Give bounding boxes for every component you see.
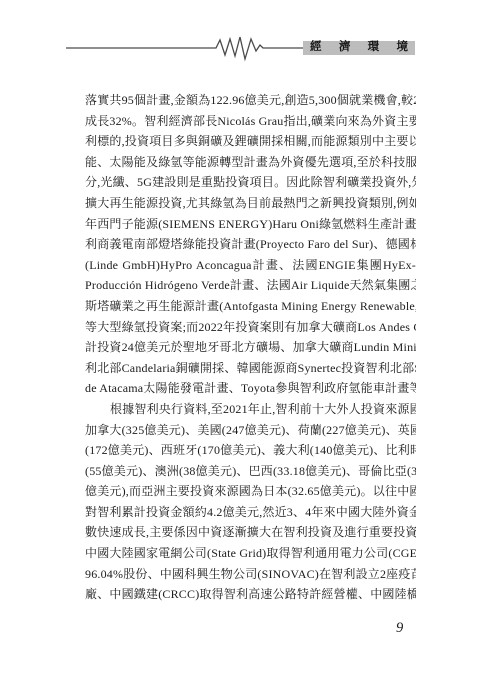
text-line: 利商義電南部燈塔綠能投資計畫(Proyecto Faro del Sur)、德國… (85, 234, 416, 255)
text-line: 96.04%股份、中國科興生物公司(SINOVAC)在智利設立2座疫苗生產 (85, 564, 416, 585)
text-line: 等大型綠氫投資案;而2022年投資案則有加拿大礦商Los Andes Coppe… (85, 317, 416, 338)
text-line: 利標的,投資項目多與銅礦及鋰礦開採相關,而能源類別中主要以風 (85, 131, 416, 152)
text-line: 利北部Candelaria銅礦開採、韓國能源商Synertec投資智利北部San… (85, 358, 416, 379)
text-line: Producción Hidrógeno Verde計畫、法國Air Liqui… (85, 275, 416, 296)
text-line: 對智利累計投資金額約4.2億美元,然近3、4年來中國大陸外資金額呈倍 (85, 502, 416, 523)
section-title-char: 濟 (339, 42, 351, 54)
page-header: 經 濟 環 境 (0, 0, 480, 70)
text-line: 成長32%。智利經濟部長Nicolás Grau指出,礦業向來為外資主要投資智 (85, 111, 416, 132)
body-text: 落實共95個計畫,金額為122.96億美元,創造5,300個就業機會,較2021… (85, 90, 416, 605)
text-line: 能、太陽能及綠氫等能源轉型計畫為外資優先選項,至於科技服務部 (85, 152, 416, 173)
page-number: 9 (396, 620, 403, 637)
section-title-char: 境 (396, 42, 408, 54)
text-line: 落實共95個計畫,金額為122.96億美元,創造5,300個就業機會,較2021… (85, 90, 416, 111)
text-line: 根據智利央行資料,至2021年止,智利前十大外人投資來源國分別為 (85, 399, 416, 420)
text-line: 年西門子能源(SIEMENS ENERGY)Haru Oni綠氫燃料生產計畫、義… (85, 214, 416, 235)
text-line: 分,光纖、5G建設則是重點投資項目。因此除智利礦業投資外,外資亦 (85, 172, 416, 193)
text-line: (Linde GmbH)HyPro Aconcagua計畫、法國ENGIE集團H… (85, 255, 416, 276)
text-line: 中國大陸國家電網公司(State Grid)取得智利通用電力公司(CGE) (85, 543, 416, 564)
section-title-bar: 經 濟 環 境 (303, 41, 415, 55)
text-line: de Atacama太陽能發電計畫、Toyota參與智利政府氫能車計畫等。 (85, 378, 416, 399)
document-page: 經 濟 環 境 落實共95個計畫,金額為122.96億美元,創造5,300個就業… (0, 0, 480, 679)
text-line: (172億美元)、西班牙(170億美元)、義大利(140億美元)、比利時 (85, 440, 416, 461)
section-title-char: 環 (368, 42, 380, 54)
text-line: 斯塔礦業之再生能源計畫(Antofgasta Mining Energy Ren… (85, 296, 416, 317)
section-title-char: 經 (310, 42, 322, 54)
text-line: 廠、中國鐵建(CRCC)取得智利高速公路特許經營權、中國陸橋工程 (85, 584, 416, 605)
text-line: 數快速成長,主要係因中資逐漸擴大在智利投資及進行重要投資案如: (85, 522, 416, 543)
text-line: 億美元),而亞洲主要投資來源國為日本(32.65億美元)。以往中國大陸 (85, 481, 416, 502)
text-line: 加拿大(325億美元)、美國(247億美元)、荷蘭(227億美元)、英國 (85, 420, 416, 441)
text-line: 擴大再生能源投資,尤其綠氫為目前最熱門之新興投資類別,例如2021 (85, 193, 416, 214)
text-line: 計投資24億美元於聖地牙哥北方礦場、加拿大礦商Lundin Mining投資智 (85, 337, 416, 358)
waveform-rule-icon (66, 33, 306, 63)
text-line: (55億美元)、澳洲(38億美元)、巴西(33.18億美元)、哥倫比亞(33.1… (85, 461, 416, 482)
